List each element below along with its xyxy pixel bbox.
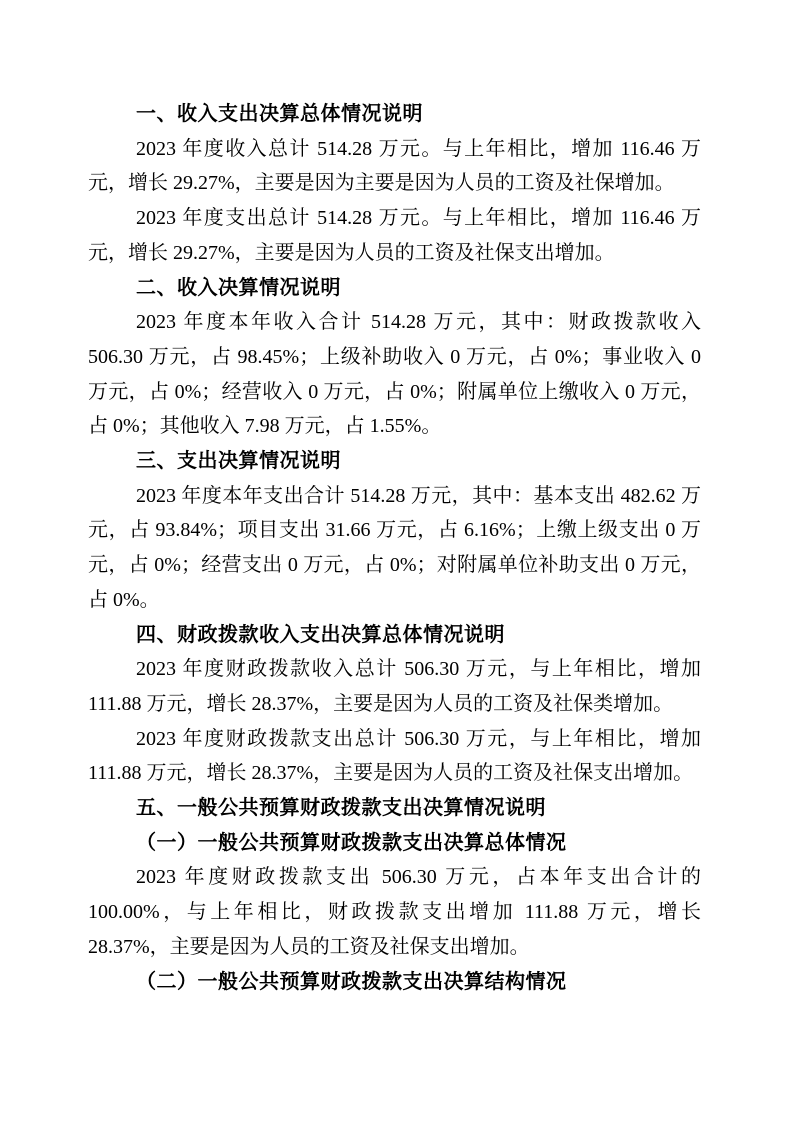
section-4-paragraph-appropriation-income: 2023 年度财政拨款收入总计 506.30 万元，与上年相比，增加 111.8… (88, 652, 701, 721)
section-1-paragraph-expenditure-total: 2023 年度支出总计 514.28 万元。与上年相比，增加 116.46 万元… (88, 201, 701, 270)
section-2-heading: 二、收入决算情况说明 (88, 271, 701, 306)
document-body: 一、收入支出决算总体情况说明 2023 年度收入总计 514.28 万元。与上年… (88, 97, 701, 999)
section-expenditure-accounts: 三、支出决算情况说明 2023 年度本年支出合计 514.28 万元，其中：基本… (88, 444, 701, 618)
section-general-public-budget-expenditure: 五、一般公共预算财政拨款支出决算情况说明 （一）一般公共预算财政拨款支出决算总体… (88, 791, 701, 999)
section-5-heading: 五、一般公共预算财政拨款支出决算情况说明 (88, 791, 701, 826)
section-4-paragraph-appropriation-expenditure: 2023 年度财政拨款支出总计 506.30 万元，与上年相比，增加 111.8… (88, 722, 701, 791)
section-fiscal-appropriation-overview: 四、财政拨款收入支出决算总体情况说明 2023 年度财政拨款收入总计 506.3… (88, 618, 701, 792)
section-5-subheading-1: （一）一般公共预算财政拨款支出决算总体情况 (88, 826, 701, 861)
document-page: 一、收入支出决算总体情况说明 2023 年度收入总计 514.28 万元。与上年… (0, 0, 793, 1122)
section-1-paragraph-income-total: 2023 年度收入总计 514.28 万元。与上年相比，增加 116.46 万元… (88, 132, 701, 201)
section-2-paragraph-income-breakdown: 2023 年度本年收入合计 514.28 万元，其中：财政拨款收入 506.30… (88, 305, 701, 444)
section-1-heading: 一、收入支出决算总体情况说明 (88, 97, 701, 132)
section-5-subheading-2: （二）一般公共预算财政拨款支出决算结构情况 (88, 965, 701, 1000)
section-4-heading: 四、财政拨款收入支出决算总体情况说明 (88, 618, 701, 653)
section-income-expenditure-overview: 一、收入支出决算总体情况说明 2023 年度收入总计 514.28 万元。与上年… (88, 97, 701, 271)
section-3-paragraph-expenditure-breakdown: 2023 年度本年支出合计 514.28 万元，其中：基本支出 482.62 万… (88, 479, 701, 618)
section-income-accounts: 二、收入决算情况说明 2023 年度本年收入合计 514.28 万元，其中：财政… (88, 271, 701, 445)
section-5-paragraph-overall-situation: 2023 年度财政拨款支出 506.30 万元，占本年支出合计的 100.00%… (88, 860, 701, 964)
section-3-heading: 三、支出决算情况说明 (88, 444, 701, 479)
